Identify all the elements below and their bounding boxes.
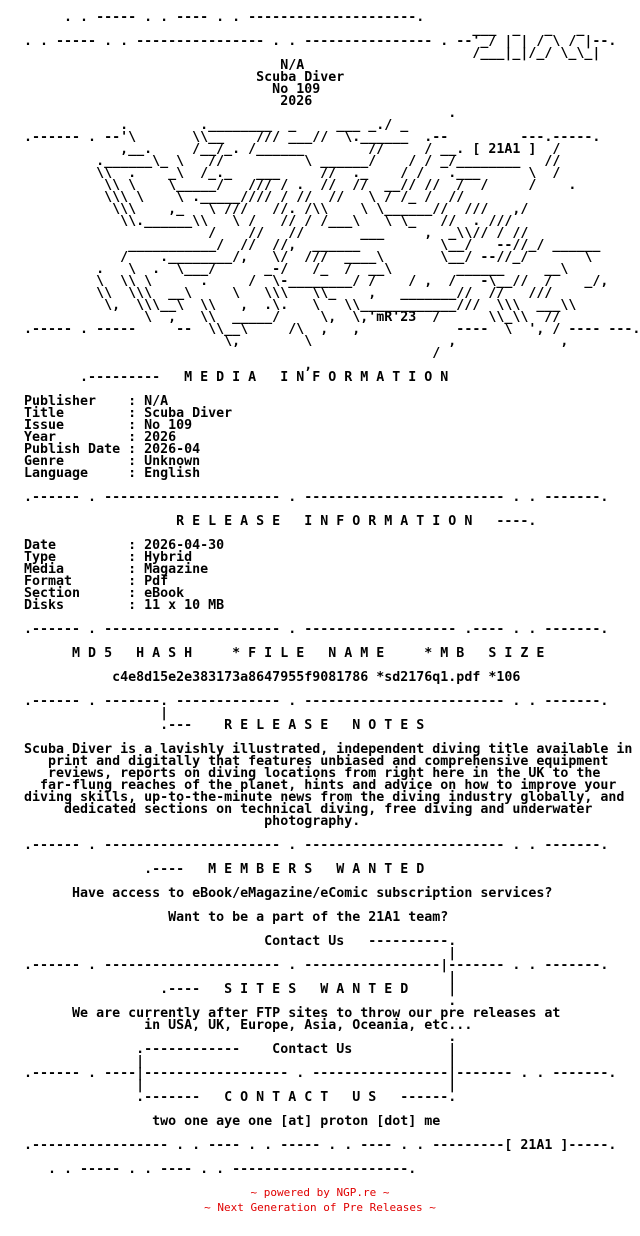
nfo-line: Disks : 11 x 10 MB <box>0 600 640 612</box>
nfo-line: . . ----- . . ---- . . -----------------… <box>0 1164 640 1176</box>
nfo-text: . . ----- . . ---- . . -----------------… <box>0 0 640 1176</box>
nfo-line: .------ . ---------------------- . -----… <box>0 624 640 636</box>
footer-tagline: ~ Next Generation of Pre Releases ~ <box>0 1200 640 1215</box>
nfo-line: .----------------- . . ---- . . ----- . … <box>0 1140 640 1152</box>
nfo-line: two one aye one [at] proton [dot] me <box>0 1116 640 1128</box>
nfo-line: Language : English <box>0 468 640 480</box>
nfo-line: Have access to eBook/eMagazine/eComic su… <box>0 888 640 900</box>
nfo-line: .---- M E M B E R S W A N T E D <box>0 864 640 876</box>
nfo-line: .--- R E L E A S E N O T E S <box>0 720 640 732</box>
footer: ~ powered by NGP.re ~ ~ Next Generation … <box>0 1185 640 1215</box>
nfo-line: R E L E A S E I N F O R M A T I O N ----… <box>0 516 640 528</box>
nfo-line: photography. <box>0 816 640 828</box>
nfo-line: c4e8d15e2e383173a8647955f9081786 *sd2176… <box>0 672 640 684</box>
nfo-line: .------ . ---------------------- . -----… <box>0 840 640 852</box>
nfo-line: M D 5 H A S H * F I L E N A M E * M B S … <box>0 648 640 660</box>
powered-by-link[interactable]: ~ powered by NGP.re ~ <box>0 1185 640 1200</box>
nfo-line: Want to be a part of the 21A1 team? <box>0 912 640 924</box>
nfo-line: .------ . ---------------------- . -----… <box>0 492 640 504</box>
nfo-line: .------- C O N T A C T U S ------. <box>0 1092 640 1104</box>
nfo-line: .--------- M E D I A I N F O R M A T I O… <box>0 372 640 384</box>
